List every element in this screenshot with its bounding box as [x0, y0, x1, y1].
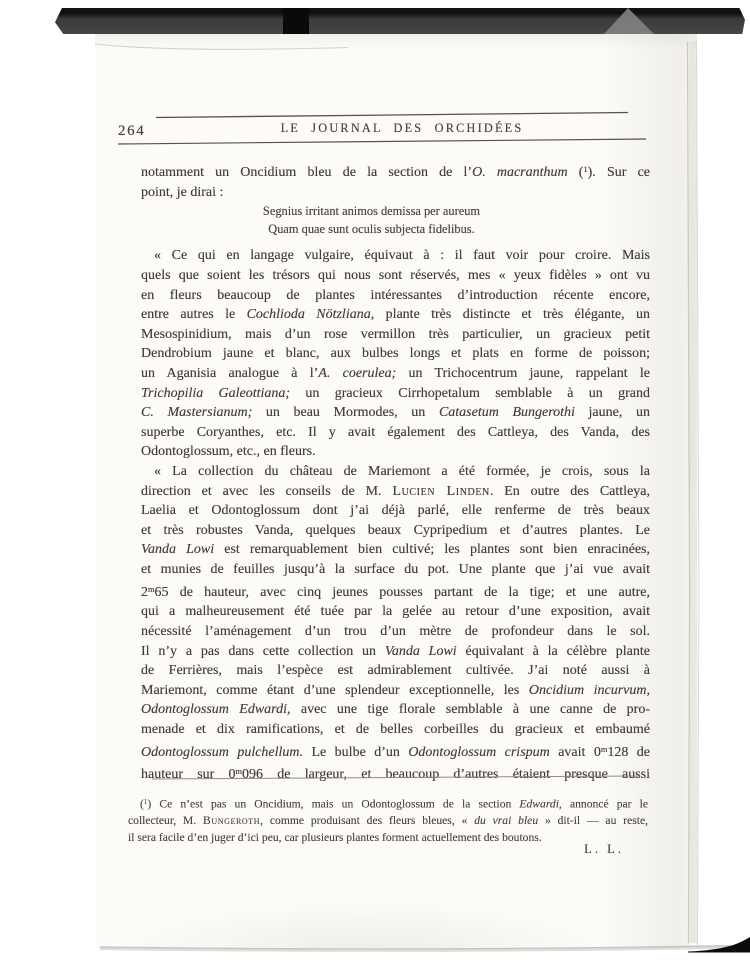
text-segment: est remarquablement bien cultivé; les pl… — [214, 542, 650, 557]
italic-text: Vanda Lowi — [141, 542, 214, 557]
text-segment: annoncé par le — [562, 797, 648, 810]
scan-root: 264 LE JOURNAL DES ORCHIDÉES notamment u… — [0, 0, 750, 969]
text-segment: quels que soient les trésors qui nous so… — [141, 268, 650, 283]
text-segment: superbe Coryanthes, etc. Il y avait égal… — [141, 425, 650, 440]
para-continuation: notamment un Oncidium bleu de la section… — [141, 160, 650, 202]
text-segment: Mesospinidium, mais d’un rose vermillon … — [141, 327, 650, 342]
text-segment: Mariemont, comme étant d’une splendeur e… — [141, 683, 529, 698]
text-segment: ) Ce n’est pas un Oncidium, mais un Odon… — [147, 797, 519, 810]
italic-text: Vanda Lowi — [385, 644, 457, 659]
text-line: Odontoglossum, etc., en fleurs. — [141, 442, 650, 462]
italic-text: Odontoglossum pulchellum. — [141, 745, 303, 760]
text-segment: hauteur sur 0 — [141, 767, 236, 782]
corner-wedge — [688, 937, 750, 953]
text-segment: ). Sur ce — [588, 165, 650, 180]
author-initials: L. L. — [128, 842, 648, 857]
text-segment: entre autres le — [141, 307, 247, 322]
footnote-line: (1) Ce n’est pas un Oncidium, mais un Od… — [128, 794, 648, 813]
latin-verse: Segnius irritant animos demissa per aure… — [141, 203, 602, 238]
italic-text: Odontoglossum Edwardi, — [141, 702, 290, 717]
text-segment: « La collection du château de Mariemont … — [154, 464, 650, 479]
text-line: Vanda Lowi est remarquablement bien cult… — [141, 540, 650, 560]
italic-text: A. coerulea; — [318, 366, 396, 381]
footnote-line: collecteur, M. Bungeroth, comme produisa… — [128, 813, 648, 830]
text-line: Quam quae sunt oculis subjecta fidelibus… — [141, 221, 602, 238]
text-segment: avait 0 — [550, 745, 601, 760]
text-line: Il n’y a pas dans cette collection un Va… — [141, 642, 650, 662]
page-number: 264 — [118, 123, 145, 140]
text-segment: un Trichocentrum jaune, rappelant le — [396, 366, 650, 381]
text-line: notamment un Oncidium bleu de la section… — [141, 160, 650, 183]
italic-text: Odontoglossum crispum — [408, 745, 549, 760]
text-line: direction et avec les conseils de M. Luc… — [141, 482, 650, 502]
text-segment: direction et avec les conseils de M. — [141, 484, 392, 499]
text-segment: , comme produisant des fleurs bleues, « — [260, 814, 474, 827]
text-line: Dendrobium jaune et blanc, aux bulbes lo… — [141, 344, 650, 364]
text-segment: de Ferrières, mais l’espèce est admirabl… — [141, 663, 650, 678]
italic-text: Trichopilia Galeottiana; — [141, 386, 290, 401]
text-segment: « Ce qui en langage vulgaire, équivaut à… — [154, 248, 650, 263]
journal-title: LE JOURNAL DES ORCHIDÉES — [252, 121, 552, 136]
text-line: Mariemont, comme étant d’une splendeur e… — [141, 681, 650, 701]
text-segment: Odontoglossum, etc., en fleurs. — [141, 444, 316, 459]
text-line: Odontoglossum pulchellum. Le bulbe d’un … — [141, 740, 650, 763]
text-segment: 2 — [141, 585, 148, 600]
italic-text: Edwardi, — [519, 797, 561, 810]
text-line: nécessité l’aménagement d’un trou d’un m… — [141, 622, 650, 642]
text-segment: Segnius irritant animos demissa per aure… — [263, 204, 480, 218]
text-segment: un Aganisia analogue à l’ — [141, 366, 318, 381]
italic-text: O. macranthum — [472, 165, 568, 180]
para-yeux-fideles: « Ce qui en langage vulgaire, équivaut à… — [141, 246, 650, 462]
text-segment: Il n’y a pas dans cette collection un — [141, 644, 385, 659]
text-line: 2m65 de hauteur, avec cinq jeunes pousse… — [141, 580, 650, 603]
text-segment: et très robustes Vanda, quelques beaux C… — [141, 523, 650, 538]
text-line: qui a malheureusement été tuée par la ge… — [141, 602, 650, 622]
text-line: point, je dirai : — [141, 183, 650, 203]
text-segment: avec une tige florale semblable à une ca… — [290, 702, 650, 717]
text-segment: point, je dirai : — [141, 185, 223, 200]
italic-text: C. Mastersianum; — [141, 405, 252, 420]
text-segment: 096 de largeur, et beaucoup d’autres éta… — [242, 767, 650, 782]
text-segment: , plante très distincte et très élégante… — [371, 307, 650, 322]
italic-text: Oncidium incurvum, — [529, 683, 650, 698]
text-line: Mesospinidium, mais d’un rose vermillon … — [141, 325, 650, 345]
smallcaps-text: Lucien Linden — [392, 484, 489, 499]
text-segment: et munies de feuilles jusqu’à la surface… — [141, 562, 650, 577]
text-line: « Ce qui en langage vulgaire, équivaut à… — [141, 246, 650, 266]
text-line: et munies de feuilles jusqu’à la surface… — [141, 560, 650, 580]
text-segment: Dendrobium jaune et blanc, aux bulbes lo… — [141, 346, 650, 361]
italic-text: Catasetum Bungerothi — [439, 405, 575, 420]
text-line: un Aganisia analogue à l’A. coerulea; un… — [141, 364, 650, 384]
text-line: et très robustes Vanda, quelques beaux C… — [141, 521, 650, 541]
text-segment: . En outre des Cattleya, — [490, 484, 650, 499]
text-segment: 128 de — [607, 745, 650, 760]
text-segment: 65 de hauteur, avec cinq jeunes pousses … — [155, 585, 650, 600]
text-segment: Laelia et Odontoglossum dont j’ai déjà p… — [141, 503, 650, 518]
text-segment: équivalant à la célèbre plante — [457, 644, 650, 659]
text-segment: collecteur, M. — [128, 814, 203, 827]
footnote: (1) Ce n’est pas un Oncidium, mais un Od… — [128, 794, 648, 847]
text-line: hauteur sur 0m096 de largeur, et beaucou… — [141, 762, 650, 785]
scan-band-gap — [283, 8, 309, 36]
text-segment: jaune, un — [575, 405, 650, 420]
text-segment: un beau Mormodes, un — [252, 405, 439, 420]
text-line: Segnius irritant animos demissa per aure… — [141, 203, 602, 220]
text-segment: qui a malheureusement été tuée par la ge… — [141, 604, 650, 619]
text-line: Trichopilia Galeottiana; un gracieux Cir… — [141, 384, 650, 404]
text-segment: Quam quae sunt oculis subjecta fidelibus… — [268, 222, 474, 236]
text-line: menade et dix ramifications, et de belle… — [141, 720, 650, 740]
text-segment: » dit-il — au reste, — [538, 814, 648, 827]
text-line: C. Mastersianum; un beau Mormodes, un Ca… — [141, 403, 650, 423]
text-line: quels que soient les trésors qui nous so… — [141, 266, 650, 286]
text-line: Laelia et Odontoglossum dont j’ai déjà p… — [141, 501, 650, 521]
text-segment: en fleurs beaucoup de plantes intéressan… — [141, 288, 650, 303]
text-segment: Le bulbe d’un — [303, 745, 408, 760]
text-line: Odontoglossum Edwardi, avec une tige flo… — [141, 700, 650, 720]
text-segment: un gracieux Cirrhopetalum semblable à un… — [290, 386, 650, 401]
text-segment: nécessité l’aménagement d’un trou d’un m… — [141, 624, 650, 639]
italic-text: Cochlioda Nötzliana — [247, 307, 371, 322]
text-segment: menade et dix ramifications, et de belle… — [141, 722, 650, 737]
text-segment: notamment un Oncidium bleu de la section… — [141, 165, 472, 180]
text-line: de Ferrières, mais l’espèce est admirabl… — [141, 661, 650, 681]
para-mariemont: « La collection du château de Mariemont … — [141, 462, 650, 785]
text-line: « La collection du château de Mariemont … — [141, 462, 650, 482]
text-segment: ( — [568, 165, 584, 180]
italic-text: du vrai bleu — [474, 814, 538, 827]
text-line: entre autres le Cochlioda Nötzliana, pla… — [141, 305, 650, 325]
text-line: en fleurs beaucoup de plantes intéressan… — [141, 286, 650, 306]
article-text: notamment un Oncidium bleu de la section… — [141, 160, 650, 785]
text-line: superbe Coryanthes, etc. Il y avait égal… — [141, 423, 650, 443]
smallcaps-text: Bungeroth — [203, 814, 260, 827]
